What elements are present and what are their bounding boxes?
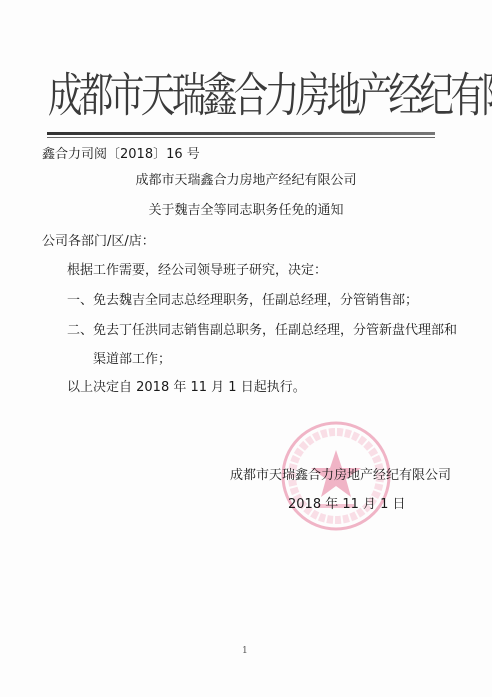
letterhead-rule-thin [47,137,435,138]
page-number: 1 [242,646,248,656]
body-effective-date: 以上决定自 2018 年 11 月 1 日起执行。 [67,380,306,396]
document-page: 成都市天瑞鑫合力房地产经纪有限公司 鑫合力司阅〔2018〕16 号 成都市天瑞鑫… [0,0,492,697]
body-intro: 根据工作需要，经公司领导班子研究，决定： [67,263,327,279]
salutation: 公司各部门/区/店： [42,234,155,250]
signature-company: 成都市天瑞鑫合力房地产经纪有限公司 [230,468,451,484]
letterhead-company-name: 成都市天瑞鑫合力房地产经纪有限公司 [48,63,382,129]
body-item-2-line-1: 二、免去丁任洪同志销售副总职务，任副总经理，分管新盘代理部和 [67,323,457,339]
letterhead-rule-thick [47,132,435,135]
notice-subject: 关于魏吉全等同志职务任免的通知 [0,203,492,219]
reference-number: 鑫合力司阅〔2018〕16 号 [42,147,200,163]
body-item-1: 一、免去魏吉全同志总经理职务，任副总经理，分管销售部； [67,293,418,309]
issuer-name: 成都市天瑞鑫合力房地产经纪有限公司 [0,173,492,189]
body-item-2-line-2: 渠道部工作； [93,352,171,368]
signature-date: 2018 年 11 月 1 日 [288,497,406,513]
